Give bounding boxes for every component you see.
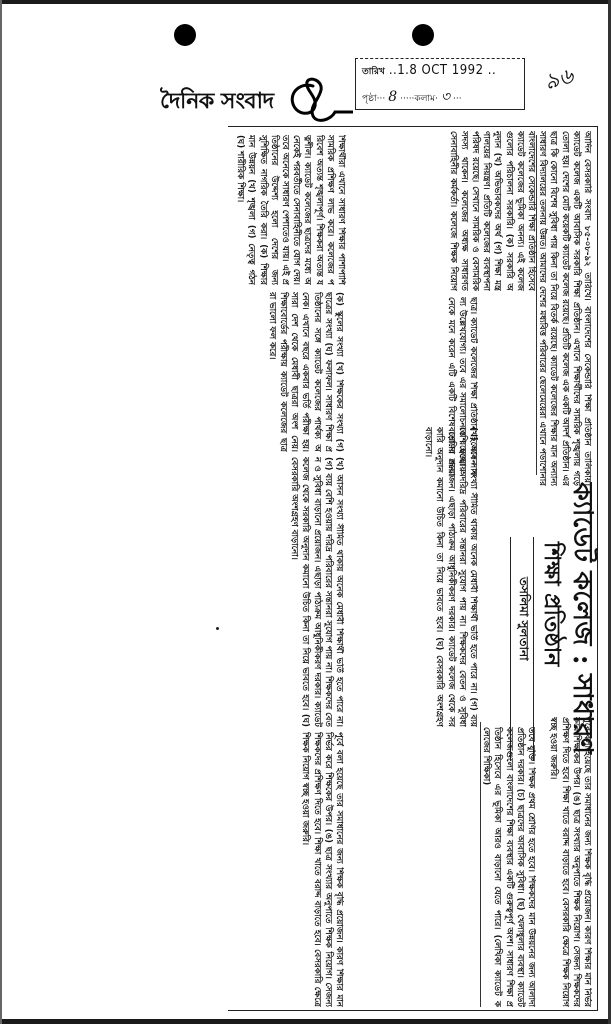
article-column-6: (খ) আসন সংখ্যা সীমিত থাকায় অনেক মেধাবী … (346, 427, 478, 727)
scan-border-bottom (0, 1019, 611, 1024)
article-column-3: শিক্ষার্থীরা এখানে সাধারণ শিক্ষার পাশাপা… (236, 135, 346, 285)
stamp-page-value: 8 (388, 89, 397, 105)
stamp-date-label: তারিখ (362, 64, 385, 79)
scan-speck (216, 627, 219, 630)
article-column-1: আদিন বেসরকারি সংবাদ ৮৫-০৮-৯২ তারিখে। বাং… (540, 131, 592, 486)
date-stamp: তারিখ ..1.8 OCT 1992 .. পৃষ্ঠা ··· 8 ···… (355, 58, 525, 110)
article-column-9: (খ) আসন সংখ্যা সীমিত থাকায় অনেক মেধাবী … (236, 457, 344, 727)
article-column-4: (ক) স্কুলের সংখ্যা (খ) শিক্ষকের সংখ্যা (… (236, 292, 344, 452)
handwritten-mark-icon (283, 76, 353, 126)
scan-border-left (0, 0, 2, 1024)
scan-border-top (0, 0, 611, 4)
stamp-page-label: পৃষ্ঠা (362, 91, 377, 106)
stamp-column-value: ৩ (441, 85, 450, 109)
column-divider (480, 722, 481, 1007)
punch-hole-right (412, 24, 434, 46)
stamp-column-label: কলাম (414, 91, 435, 106)
article-column-8: তবে যুক্তি। শিক্ষক প্রথম শ্রেণির হতে হবে… (346, 727, 536, 1007)
article-column-2: বাংলাদেশের সেকেন্ডারি শিক্ষা প্রতিষ্ঠান … (448, 131, 536, 291)
column-divider (536, 135, 537, 475)
article-column-7: পূর্বে বলা হয়েছে তার সমাধানের জন্য শিক্… (540, 717, 592, 1007)
article-column-10: পূর্বে বলা হয়েছে তার সমাধানের জন্য শিক্… (236, 732, 344, 1007)
newspaper-name: দৈনিক সংবাদ (160, 84, 274, 121)
article-clipping: আদিন বেসরকারি সংবাদ ৮৫-০৮-৯২ তারিখে। বাং… (228, 126, 598, 1011)
stamp-date-value: ..1.8 OCT 1992 .. (389, 63, 496, 78)
punch-hole-left (174, 24, 196, 46)
handwritten-corner-number: ৯৬ (541, 59, 578, 102)
